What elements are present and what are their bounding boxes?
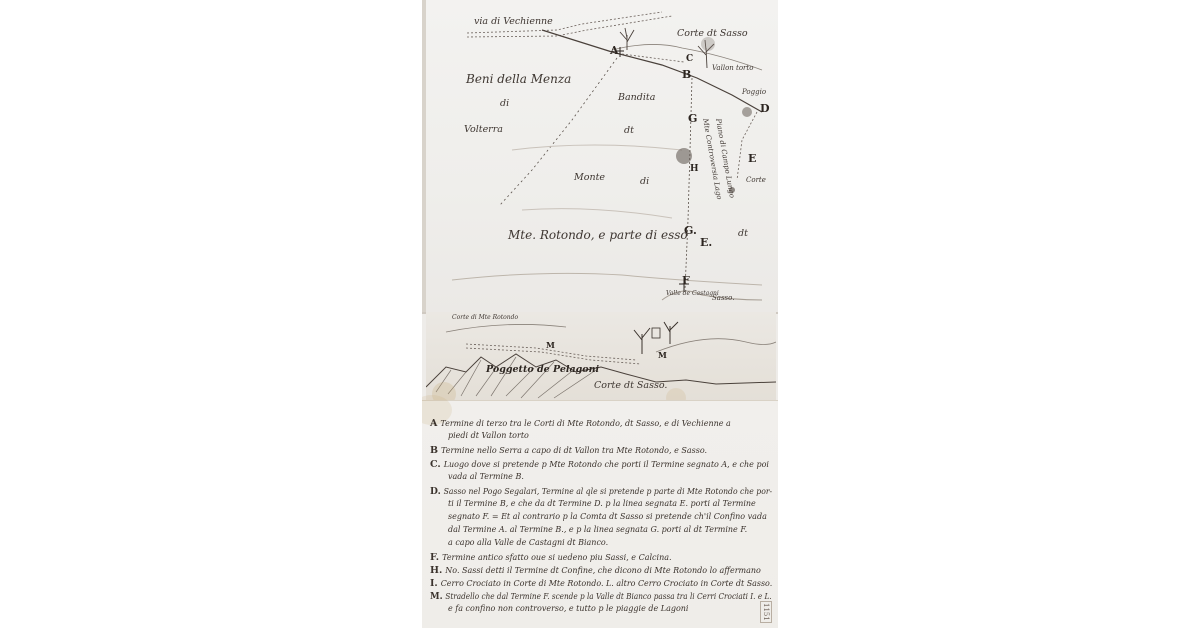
label-volterra: Volterra bbox=[464, 124, 503, 135]
marker-e-upper: E bbox=[748, 152, 756, 165]
label-monte-di: di bbox=[640, 176, 649, 187]
legend-entry-h: H.No. Sassi detti il Termine dt Confine,… bbox=[430, 566, 761, 576]
legend-entry-a: ATermine di terzo tra le Corti di Mte Ro… bbox=[430, 419, 731, 429]
legend-entry-d: D.Sasso nel Pogo Segalari, Termine al ql… bbox=[430, 487, 772, 497]
page-number-tab: 1151 bbox=[760, 601, 772, 623]
label-monte-rotondo: Mte. Rotondo, e parte di esso bbox=[508, 228, 688, 242]
label-bandita: Bandita bbox=[618, 92, 655, 103]
historical-map-document: via di Vechienne Corte dt Sasso Vallon t… bbox=[422, 0, 778, 628]
legend-entry-d-cont3: dal Termine A. al Termine B., e p la lin… bbox=[448, 526, 747, 534]
marker-d: D bbox=[760, 102, 770, 115]
label-poggetto-pelagoni: Poggetto de Pelagoni bbox=[486, 364, 599, 375]
legend-entry-i: I.Cerro Crociato in Corte di Mte Rotondo… bbox=[430, 579, 772, 589]
legend-entry-f: F.Termine antico sfatto oue si uedeno pi… bbox=[430, 553, 672, 563]
label-di: di bbox=[500, 98, 509, 109]
marker-m-right: M bbox=[658, 350, 667, 360]
marker-e-lower: E. bbox=[700, 236, 712, 249]
label-via-di-vechienne: via di Vechienne bbox=[474, 16, 553, 27]
legend-entry-d-cont4: a capo alla Valle de Castagni dt Bianco. bbox=[448, 539, 608, 547]
label-poggio: Poggio bbox=[742, 88, 766, 96]
legend-entry-b: BTermine nello Serra a capo di dt Vallon… bbox=[430, 446, 707, 456]
label-monte: Monte bbox=[574, 172, 605, 183]
label-corte-sasso-lower: Corte dt Sasso. bbox=[594, 380, 667, 391]
legend-entry-c-cont: vada al Termine B. bbox=[448, 473, 524, 481]
legend-entry-m-cont: e fa confino non controverso, e tutto p … bbox=[448, 605, 689, 613]
label-corte-monte-rotondo: Corte di Mte Rotondo bbox=[452, 314, 518, 321]
legend-entry-d-cont: ti il Termine B, e che da dt Termine D. … bbox=[448, 500, 756, 508]
label-dt: dt bbox=[624, 125, 634, 136]
legend-entry-c: C.Luogo dove si pretende p Mte Rotondo c… bbox=[430, 460, 769, 470]
marker-h: H bbox=[690, 164, 699, 174]
map-upper-sheet: via di Vechienne Corte dt Sasso Vallon t… bbox=[422, 0, 778, 314]
marker-g-upper: G bbox=[688, 112, 697, 125]
label-vallon-torto: Vallon torto bbox=[712, 64, 753, 72]
legend-entry-a-cont: piedi dt Vallon torto bbox=[448, 432, 529, 440]
label-corte-sasso: Corte dt Sasso bbox=[677, 28, 748, 39]
marker-f: F bbox=[682, 274, 690, 287]
label-beni-menza: Beni della Menza bbox=[466, 72, 571, 86]
map-lower-sheet: Corte di Mte Rotondo Poggetto de Pelagon… bbox=[426, 312, 776, 402]
label-corte-right: Corte bbox=[746, 176, 766, 184]
legend-entry-m: M.Stradello che dal Termine F. scende p … bbox=[430, 592, 772, 602]
marker-m-left: M bbox=[546, 340, 555, 350]
marker-a: A bbox=[610, 44, 619, 57]
legend-entry-d-cont2: segnato F. = Et al contrario p la Comta … bbox=[448, 513, 767, 521]
marker-b: B bbox=[682, 68, 691, 81]
label-valle-castagni: Valle de Castagni bbox=[666, 290, 719, 297]
marker-g-lower: G. bbox=[684, 224, 697, 237]
legend-panel: ATermine di terzo tra le Corti di Mte Ro… bbox=[422, 400, 778, 628]
label-sasso-bottom: Sasso. bbox=[712, 294, 734, 302]
marker-c: C bbox=[686, 54, 693, 64]
label-dt-right: dt bbox=[738, 228, 748, 239]
